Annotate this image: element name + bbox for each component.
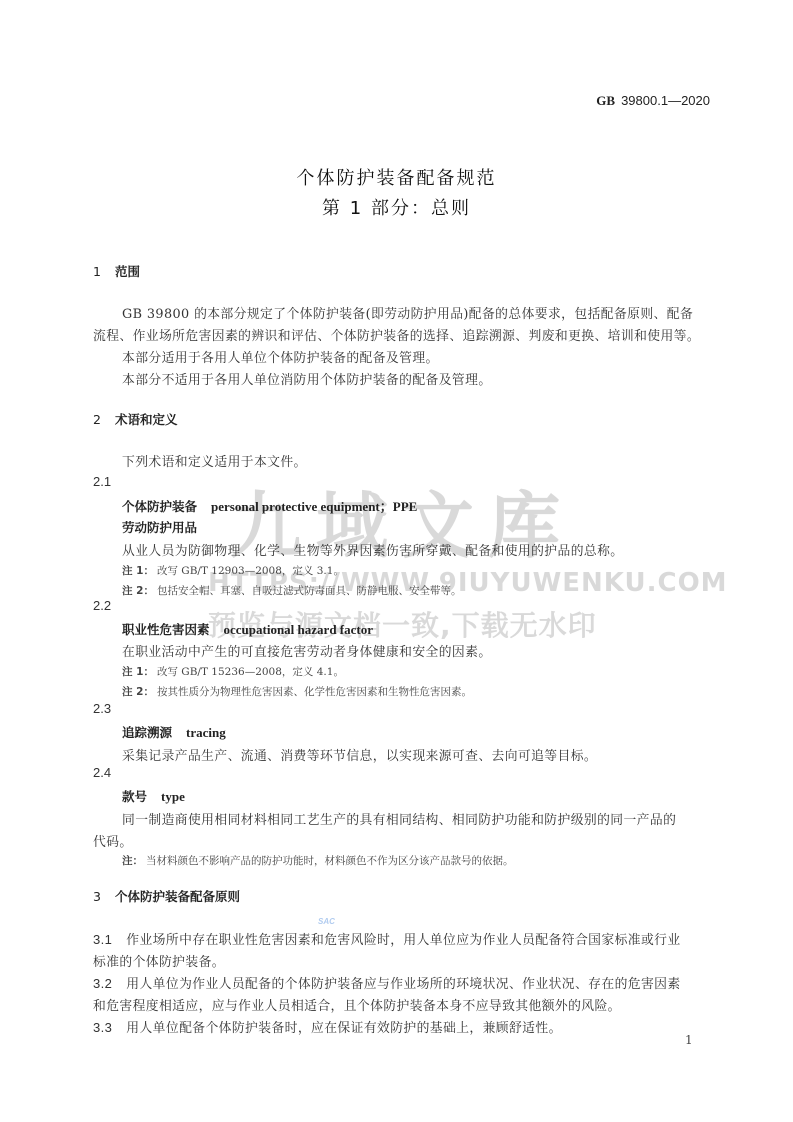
term-en: type [161,789,185,804]
section-number: 2 [93,412,101,427]
document-subtitle: 第 1 部分：总则 [0,194,793,220]
clause-number: 2.3 [93,701,111,716]
paragraph: GB 39800 的本部分规定了个体防护装备(即劳动防护用品)配备的总体要求，包… [122,303,693,322]
note: 注 2：包括安全帽、耳塞、自吸过滤式防毒面具、防静电服、安全带等。 [122,583,461,598]
note-text: 按其性质分为物理性危害因素、化学性危害因素和生物性危害因素。 [157,686,472,698]
note: 注 1：改写 GB/T 15236—2008，定义 4.1。 [122,664,344,679]
term-en: tracing [186,725,226,740]
term-heading: 追踪溯源tracing [122,723,226,741]
note-label: 注 2： [122,686,154,698]
clause-number: 2.1 [93,474,111,489]
section-title: 个体防护装备配备原则 [115,889,240,904]
section-title: 术语和定义 [115,412,178,427]
clause-3-2: 3.2用人单位为作业人员配备的个体防护装备应与作业场所的环境状况、作业状况、存在… [93,973,681,992]
definition: 在职业活动中产生的可直接危害劳动者身体健康和安全的因素。 [122,641,492,660]
term-en: occupational hazard factor [224,622,373,637]
term-alt: 劳动防护用品 [122,518,197,536]
clause-number: 3.3 [93,1020,112,1035]
term-en: personal protective equipment；PPE [211,499,417,514]
clause-text: 标准的个体防护装备。 [93,951,225,970]
section-title: 范围 [115,264,140,279]
paragraph: 下列术语和定义适用于本文件。 [122,451,307,470]
definition: 从业人员为防御物理、化学、生物等外界因素伤害所穿戴、配备和使用的护品的总称。 [122,540,623,559]
paragraph: 本部分不适用于各用人单位消防用个体防护装备的配备及管理。 [122,369,492,388]
term-zh: 职业性危害因素 [122,622,210,637]
clause-number: 2.2 [93,598,111,613]
clause-text: 用人单位配备个体防护装备时，应在保证有效防护的基础上，兼顾舒适性。 [126,1021,562,1036]
clause-3-1: 3.1作业场所中存在职业性危害因素和危害风险时，用人单位应为作业人员配备符合国家… [93,929,681,948]
section-number: 1 [93,264,101,279]
sac-stamp: SAC [318,917,335,926]
clause-number: 2.4 [93,765,111,780]
term-zh: 追踪溯源 [122,725,172,740]
definition: 同一制造商使用相同材料相同工艺生产的具有相同结构、相同防护功能和防护级别的同一产… [122,809,676,828]
term-heading: 职业性危害因素occupational hazard factor [122,620,373,638]
note: 注 1：改写 GB/T 12903—2008，定义 3.1。 [122,563,344,578]
document-title: 个体防护装备配备规范 [0,164,793,190]
page-number: 1 [685,1033,693,1047]
section-number: 3 [93,889,101,904]
term-zh: 个体防护装备 [122,499,197,514]
clause-text: 用人单位为作业人员配备的个体防护装备应与作业场所的环境状况、作业状况、存在的危害… [126,977,680,992]
note: 注 2：按其性质分为物理性危害因素、化学性危害因素和生物性危害因素。 [122,684,472,699]
standard-number: GB39800.1—2020 [596,93,710,109]
term-heading: 个体防护装备personal protective equipment；PPE [122,496,417,515]
term-zh: 款号 [122,789,147,804]
note: 注：当材料颜色不影响产品的防护功能时，材料颜色不作为区分该产品款号的依据。 [122,853,514,868]
note-text: 改写 GB/T 15236—2008，定义 4.1。 [157,666,344,678]
paragraph: 流程、作业场所危害因素的辨识和评估、个体防护装备的选择、追踪溯源、判废和更换、培… [93,325,700,344]
section-2-heading: 2术语和定义 [93,410,177,428]
clause-text: 和危害程度相适应，应与作业人员相适合，且个体防护装备本身不应导致其他额外的风险。 [93,995,621,1014]
note-text: 改写 GB/T 12903—2008，定义 3.1。 [157,565,344,577]
note-label: 注 2： [122,585,154,597]
clause-text: 作业场所中存在职业性危害因素和危害风险时，用人单位应为作业人员配备符合国家标准或… [126,933,680,948]
term-heading: 款号type [122,787,185,805]
clause-number: 3.1 [93,932,112,947]
note-text: 包括安全帽、耳塞、自吸过滤式防毒面具、防静电服、安全带等。 [157,585,462,597]
section-1-heading: 1范围 [93,262,140,280]
note-text: 当材料颜色不影响产品的防护功能时，材料颜色不作为区分该产品款号的依据。 [146,855,514,867]
section-3-heading: 3个体防护装备配备原则 [93,887,240,905]
definition: 采集记录产品生产、流通、消费等环节信息，以实现来源可查、去向可追等目标。 [122,745,597,764]
clause-number: 3.2 [93,976,112,991]
paragraph: 本部分适用于各用人单位个体防护装备的配备及管理。 [122,347,439,366]
note-label: 注 1： [122,565,154,577]
std-prefix: GB [596,93,615,108]
note-label: 注 1： [122,666,154,678]
note-label: 注： [122,855,143,867]
definition: 代码。 [93,831,133,850]
clause-3-3: 3.3用人单位配备个体防护装备时，应在保证有效防护的基础上，兼顾舒适性。 [93,1017,562,1036]
std-number: 39800.1—2020 [621,93,710,108]
